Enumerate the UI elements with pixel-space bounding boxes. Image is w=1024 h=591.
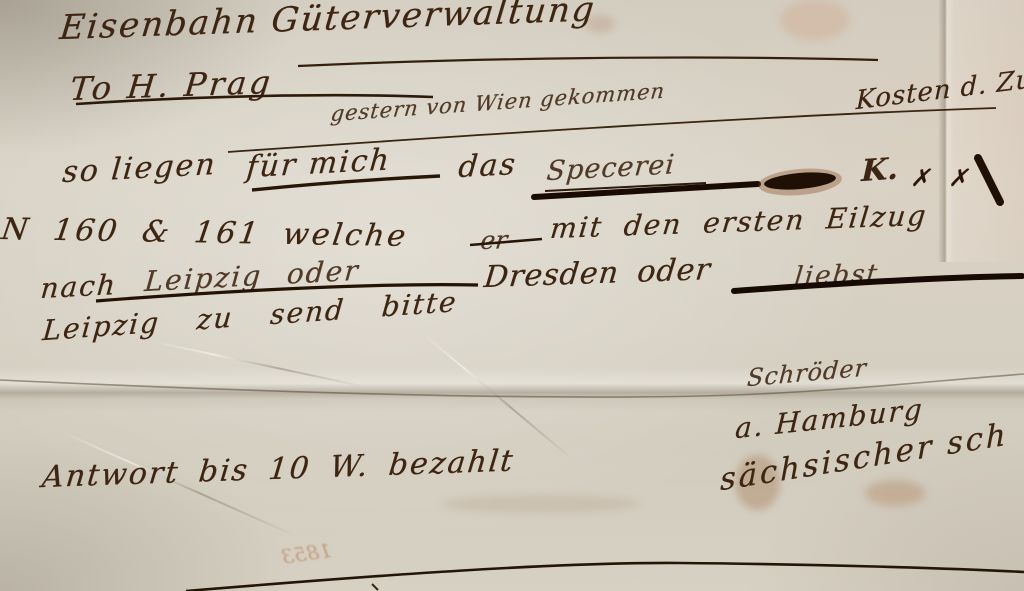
body-line1-struck-word: für mich [245, 142, 392, 185]
right-fold-tint [946, 0, 1024, 262]
bottom-rule-line [186, 563, 1024, 591]
body-line1-part2: das [457, 147, 519, 185]
flourish-underline-header [298, 58, 878, 66]
body-line1-heavily-struck-word: Specerei [545, 149, 676, 187]
currency-symbol: K. [861, 151, 899, 189]
body-line2-part1: N 160 & 161 welche [0, 212, 410, 254]
ink-blot [763, 170, 836, 192]
body-line1-part1: so liegen [61, 147, 218, 190]
stain-spot [865, 480, 925, 506]
header-line: Eisenbahn Güterverwaltung [58, 0, 598, 48]
bleedthrough-smudge [440, 495, 640, 513]
body-line3-heavily-struck-word: liebst [793, 259, 881, 292]
addressee-struck-text: To H. Prag [68, 63, 275, 108]
tick-mark [372, 584, 378, 590]
cross-mark: ✗ [910, 164, 930, 192]
body-line3-part2: Dresden oder [482, 252, 712, 295]
reply-note: Antwort bis 10 W. bezahlt [40, 444, 516, 496]
bleedthrough-date: 1853 [280, 538, 334, 569]
body-line3-part1: nach [39, 268, 118, 305]
manuscript-photo: Eisenbahn Güterverwaltung To H. Prag ges… [0, 0, 1024, 591]
stain-spot [780, 0, 850, 40]
body-line2-struck-word: er [479, 225, 509, 255]
body-line2-part2: mit den ersten Eilzug [549, 199, 929, 245]
ink-blot-halo [757, 165, 843, 198]
body-line3-struck-words: Leipzig oder [143, 254, 361, 298]
interlinear-insertion: gestern von Wien gekommen [329, 79, 666, 127]
cross-mark: ✗ [948, 164, 968, 192]
